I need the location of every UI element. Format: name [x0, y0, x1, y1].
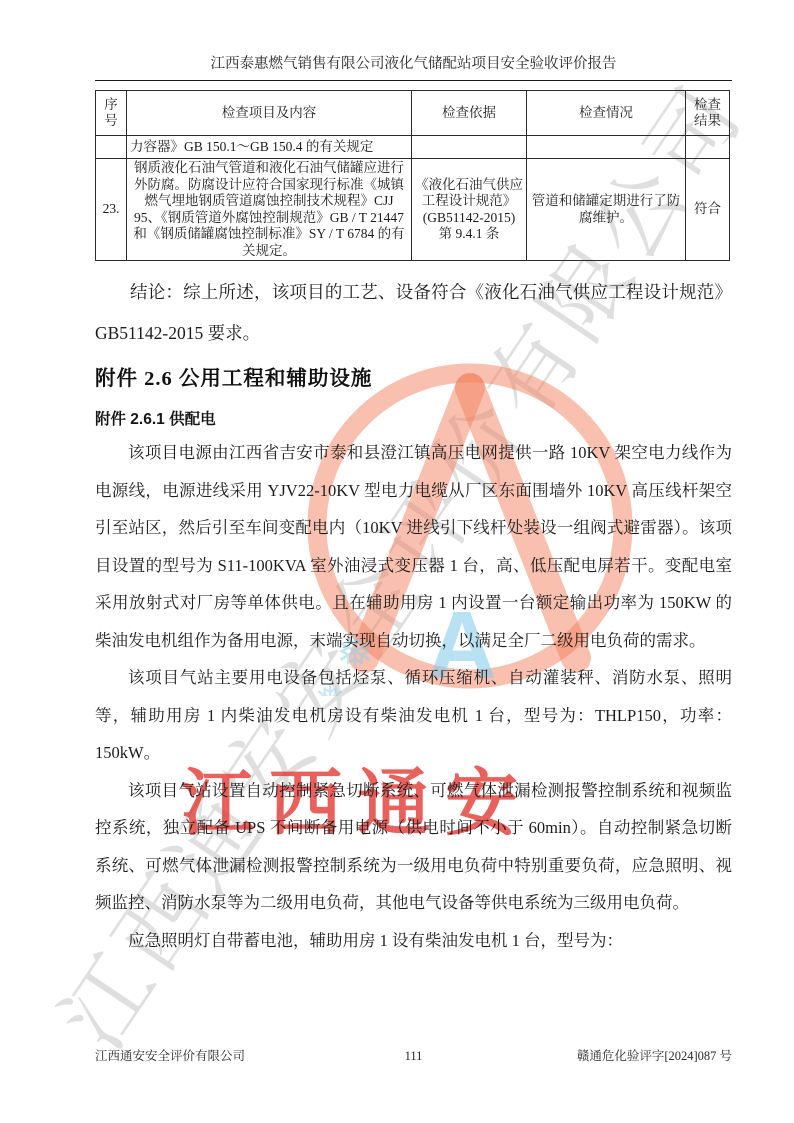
report-page: 江西通安安全评价有限公司 A ❅ ❅ 江西通安 江西泰惠燃气销售有限公司液化气储… [0, 0, 794, 1123]
col-header-item: 检查项目及内容 [127, 91, 412, 136]
conclusion-paragraph: 结论：综上所述，该项目的工艺、设备符合《液化石油气供应工程设计规范》GB5114… [95, 272, 732, 354]
report-header-title: 江西泰惠燃气销售有限公司液化气储配站项目安全验收评价报告 [95, 0, 732, 75]
table-row: 力容器》GB 150.1～GB 150.4 的有关规定 [96, 136, 730, 159]
section-heading: 附件 2.6 公用工程和辅助设施 [95, 361, 732, 391]
body-paragraph: 该项目电源由江西省吉安市泰和县澄江镇高压电网提供一路 10KV 架空电力线作为电… [95, 434, 732, 659]
cell-sit: 管道和储罐定期进行了防腐维护。 [527, 159, 686, 261]
col-header-basis: 检查依据 [412, 91, 527, 136]
cell-result: 符合 [686, 159, 730, 261]
page-footer: 江西通安安全评价有限公司 111 赣通危化验评字[2024]087 号 [95, 1046, 732, 1064]
footer-company: 江西通安安全评价有限公司 [95, 1046, 405, 1064]
cell-no [96, 136, 127, 159]
col-header-sit: 检查情况 [527, 91, 686, 136]
table-row: 23. 钢质液化石油气管道和液化石油气储罐应进行外防腐。防腐设计应符合国家现行标… [96, 159, 730, 261]
cell-item: 钢质液化石油气管道和液化石油气储罐应进行外防腐。防腐设计应符合国家现行标准《城镇… [127, 159, 412, 261]
document-content: 江西泰惠燃气销售有限公司液化气储配站项目安全验收评价报告 序号 检查项目及内容 … [95, 0, 732, 959]
cell-basis: 《液化石油气供应工程设计规范》 (GB51142-2015) 第 9.4.1 条 [412, 159, 527, 261]
cell-item: 力容器》GB 150.1～GB 150.4 的有关规定 [127, 136, 412, 159]
body-paragraph: 应急照明灯自带蓄电池，辅助用房 1 设有柴油发电机 1 台，型号为： [95, 922, 732, 960]
inspection-table: 序号 检查项目及内容 检查依据 检查情况 检查结果 力容器》GB 150.1～G… [95, 90, 730, 261]
cell-result [686, 136, 730, 159]
sub-section-heading: 附件 2.6.1 供配电 [95, 407, 732, 429]
cell-no: 23. [96, 159, 127, 261]
col-header-no: 序号 [96, 91, 127, 136]
footer-page-number: 111 [405, 1049, 423, 1064]
header-rule [95, 80, 732, 81]
cell-sit [527, 136, 686, 159]
footer-doc-number: 赣通危化验评字[2024]087 号 [422, 1046, 732, 1064]
body-paragraph: 该项目气站设置自动控制紧急切断系统、可燃气体泄漏检测报警控制系统和视频监控系统，… [95, 772, 732, 922]
cell-basis [412, 136, 527, 159]
table-header-row: 序号 检查项目及内容 检查依据 检查情况 检查结果 [96, 91, 730, 136]
body-paragraph: 该项目气站主要用电设备包括烃泵、循环压缩机、自动灌装秤、消防水泵、照明等，辅助用… [95, 659, 732, 772]
col-header-result: 检查结果 [686, 91, 730, 136]
